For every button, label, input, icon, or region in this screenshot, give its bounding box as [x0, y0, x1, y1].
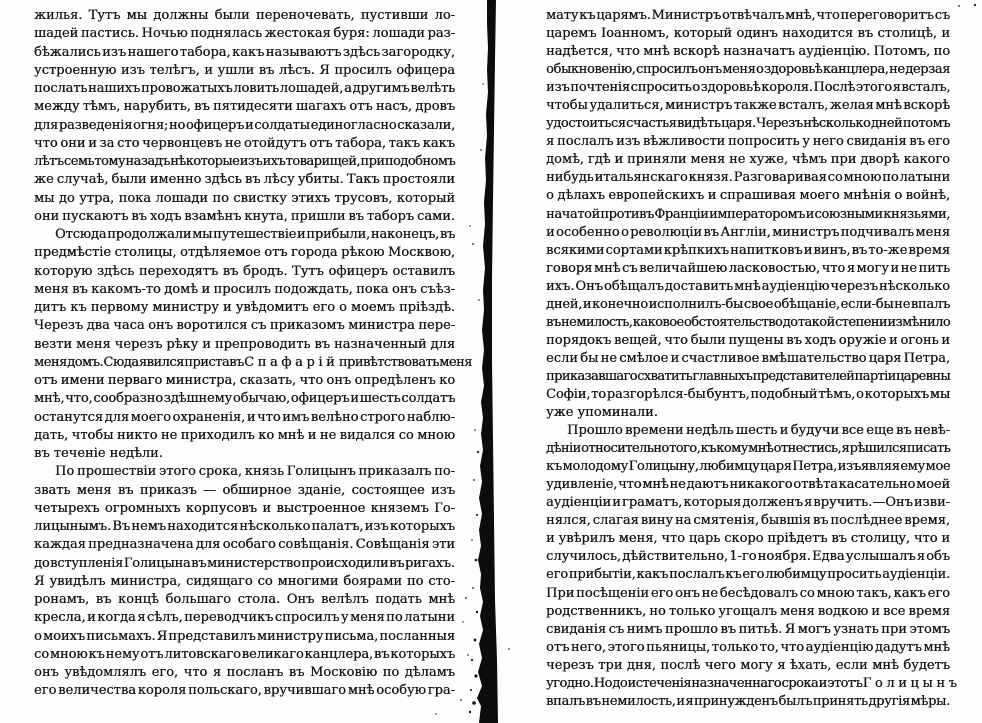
line-text: аудіенціи и граматъ, которыя долженъ я в…: [546, 495, 950, 510]
line-text: ронамъ, въ концѣ большаго стола. Онъ вел…: [34, 592, 455, 607]
line-text: его величества короля польскаго, вручивш…: [34, 683, 455, 698]
line-text: привѣтствовать меня: [338, 355, 472, 370]
line-text: угодно. Но до истеченія назначеннаго сро…: [546, 676, 863, 691]
text-line: мы до утра, пока лошади по свистку этихъ…: [34, 190, 455, 208]
line-text: нялся, слагая вину на смятенія, бывшія в…: [546, 513, 950, 528]
line-text: нибудь итальянскаго князя. Разговаривая …: [546, 170, 950, 185]
line-text: мы до утра, пока лошади по свистку этихъ…: [34, 191, 455, 206]
text-line: къ молодому Голицыну, любимцу царя Петра…: [546, 458, 950, 476]
gutter-band: [477, 0, 498, 723]
page-right: мату къ царямъ. Министръ отвѣчалъ мнѣ, ч…: [546, 7, 950, 711]
text-line: бѣжались изъ нашего табора, какъ называю…: [34, 44, 455, 62]
line-text: они пускаютъ въ ходъ взамѣнъ кнута, приш…: [34, 209, 455, 224]
paragraph: жилья. Тутъ мы должны были переночевать,…: [34, 7, 455, 226]
text-line: лѣтъ семь тому назадъ нѣкоторые изъ ихъ …: [34, 153, 455, 171]
text-line: меня въ какомъ-то домѣ и просилъ подожда…: [34, 281, 455, 299]
line-text: Софіи, то разгорѣлся-бы бунтъ, подобный …: [546, 387, 950, 402]
text-line: они пускаютъ въ ходъ взамѣнъ кнута, приш…: [34, 208, 455, 226]
line-text: Я увидѣлъ министра, сидящаго со многими …: [34, 574, 455, 589]
line-text: свиданія съ нимъ прошло въ питьѣ. Я могъ…: [546, 622, 950, 637]
paragraph: мату къ царямъ. Министръ отвѣчалъ мнѣ, ч…: [546, 7, 950, 422]
line-text: царемъ Іоанномъ, который одинъ находится…: [546, 26, 950, 41]
text-line: родственникъ, но только угощалъ меня вод…: [546, 603, 950, 621]
line-text: порядокъ вещей, что были пущены въ ходъ …: [546, 333, 950, 348]
text-line: мнѣ, что, сообразно здѣшнему обычаю, офи…: [34, 390, 455, 408]
text-line: надѣется, что мнѣ вскорѣ назначатъ аудіе…: [546, 43, 950, 61]
text-line: аудіенціи и граматъ, которыя долженъ я в…: [546, 494, 950, 512]
line-text: Черезъ два часа онъ воротился съ приказо…: [34, 318, 455, 333]
line-text: домѣ, гдѣ и приняли меня не хуже, чѣмъ п…: [546, 152, 950, 167]
text-line: что они и за сто червонцевъ не отойдутъ …: [34, 135, 455, 153]
line-text: же случаѣ, были именно здѣсь въ лѣсу уби…: [34, 172, 455, 187]
line-text: и увѣрилъ меня, что царь скоро пріѣдетъ …: [546, 531, 950, 546]
line-text: мату къ царямъ. Министръ отвѣчалъ мнѣ, ч…: [546, 8, 950, 23]
line-text: я послалъ изъ вѣжливости попросить у нег…: [546, 134, 950, 149]
text-line: уже упоминали.: [546, 404, 950, 422]
line-text: дней, и конечно исполнилъ-бы свое обѣщан…: [546, 297, 950, 312]
line-text: которую здѣсь переходятъ въ бродъ. Тутъ …: [34, 264, 455, 279]
text-line: кресла, и когда я сѣлъ, переводчикъ спро…: [34, 609, 455, 627]
text-line: приказавшаго схватить главныхъ представи…: [546, 368, 950, 386]
text-line: отъ него, этого пьяницы, только то, что …: [546, 639, 950, 657]
line-text: для разведенія огня; но офицеръ и солдат…: [34, 118, 455, 133]
text-line: черезъ три дня, послѣ чего могу я ѣхать,…: [546, 657, 950, 675]
text-line: дать, чтобы никто не приходилъ ко мнѣ и …: [34, 427, 455, 445]
line-text: приказавшаго схватить главныхъ представи…: [546, 369, 950, 384]
line-text: отъ него, этого пьяницы, только то, что …: [546, 640, 950, 655]
line-text: жилья. Тутъ мы должны были переночевать,…: [34, 8, 455, 23]
line-text: отъ имени перваго министра, сказать, что…: [34, 373, 455, 388]
text-line: Софіи, то разгорѣлся-бы бунтъ, подобный …: [546, 386, 950, 404]
line-text: меня въ какомъ-то домѣ и просилъ подожда…: [34, 282, 455, 297]
text-line: устроенную изъ телѣгъ, и ушли въ лѣсъ. Я…: [34, 62, 455, 80]
text-line: ронамъ, въ концѣ большаго стола. Онъ вел…: [34, 591, 455, 609]
line-text: между тѣмъ, нарубить, въ пятидесяти шага…: [34, 99, 455, 114]
line-text: его прибытіи, какъ послалъ къ его любимц…: [546, 567, 950, 582]
letterspaced-name: Спафарій: [244, 355, 338, 370]
line-text: начатой противъ Франціи императоромъ и с…: [546, 207, 950, 222]
text-line: о дѣлахъ европейскихъ и спрашивая моего …: [546, 187, 950, 205]
text-line: шадей пастись. Ночью поднялась жестокая …: [34, 25, 455, 43]
text-line: чтобы удалиться, министръ также всталъ, …: [546, 97, 950, 115]
paragraph: Отсюда продолжали мы путешествіе и прибы…: [34, 226, 455, 463]
line-text: о моихъ письмахъ. Я представилъ министру…: [34, 629, 455, 644]
text-line: говоря мнѣ съ величайшею ласковостью, чт…: [546, 260, 950, 278]
line-text: всякими сортами крѣпкихъ напитковъ и вин…: [546, 243, 950, 258]
line-text: чтобы удалиться, министръ также всталъ, …: [546, 98, 950, 113]
line-text: обыкновенію, спросилъ онъ меня о здоровь…: [546, 62, 950, 77]
line-text: со мною къ нему отъ литовскаго великаго …: [34, 647, 455, 662]
text-line: о моихъ письмахъ. Я представилъ министру…: [34, 628, 455, 646]
text-line: въ теченіе недѣли.: [34, 445, 455, 463]
text-line: жилья. Тутъ мы должны были переночевать,…: [34, 7, 455, 25]
text-line: если бы не смѣлое и счастливое вмѣшатель…: [546, 350, 950, 368]
line-text: изъ почтенія спросить о здоровьѣ короля.…: [546, 80, 950, 95]
text-line: Я увидѣлъ министра, сидящаго со многими …: [34, 573, 455, 591]
text-line: останутся для моего охраненія, и что имъ…: [34, 409, 455, 427]
text-line: лицынымъ. Въ немъ находится нѣсколько па…: [34, 518, 455, 536]
line-text: везти меня черезъ рѣку и препроводить въ…: [34, 337, 455, 352]
paragraph: По прошествіи этого срока, князь Голицын…: [34, 463, 455, 700]
text-line: отъ имени перваго министра, сказать, что…: [34, 372, 455, 390]
line-text: говоря мнѣ съ величайшею ласковостью, чт…: [546, 261, 950, 276]
paragraph: Прошло времени недѣль шесть и будучи все…: [546, 422, 950, 711]
text-line: случилось, дѣйствительно, 1-го ноября. Е…: [546, 548, 950, 566]
line-text: лѣтъ семь тому назадъ нѣкоторые изъ ихъ …: [34, 154, 455, 169]
text-line: дней, и конечно исполнилъ-бы свое обѣщан…: [546, 296, 950, 314]
line-text: Отсюда продолжали мы путешествіе и прибы…: [55, 227, 455, 242]
text-line: дитъ къ первому министру и увѣдомитъ его…: [34, 299, 455, 317]
text-line: между тѣмъ, нарубить, въ пятидесяти шага…: [34, 98, 455, 116]
text-line: По прошествіи этого срока, князь Голицын…: [34, 463, 455, 481]
line-text: шадей пастись. Ночью поднялась жестокая …: [34, 26, 455, 41]
line-text: въ немилость, каковое обстоятельство до …: [546, 315, 950, 330]
text-line: и особенно о революціи въ Англіи, минист…: [546, 224, 950, 242]
text-line: дѣніи относительно того, къ кому мнѣ отн…: [546, 440, 950, 458]
line-text: При посѣщеніи его онъ не бесѣдовалъ со м…: [546, 586, 950, 601]
line-text: послать нашихъ провожатыхъ ловить лошаде…: [34, 81, 455, 96]
line-text: дѣніи относительно того, къ кому мнѣ отн…: [546, 441, 950, 456]
text-line: всякими сортами крѣпкихъ напитковъ и вин…: [546, 242, 950, 260]
line-text: звать меня въ приказъ — обширное зданіе,…: [34, 483, 455, 498]
line-text: устроенную изъ телѣгъ, и ушли въ лѣсъ. Я…: [34, 63, 455, 78]
line-text: лицынымъ. Въ немъ находится нѣсколько па…: [34, 519, 455, 534]
line-text: въ теченіе недѣли.: [34, 446, 163, 461]
text-line: онъ увѣдомлялъ его, что я посланъ въ Мос…: [34, 664, 455, 682]
text-line: домѣ, гдѣ и приняли меня не хуже, чѣмъ п…: [546, 151, 950, 169]
text-line: послать нашихъ провожатыхъ ловить лошаде…: [34, 80, 455, 98]
line-text: случилось, дѣйствительно, 1-го ноября. Е…: [546, 549, 950, 564]
text-line: его величества короля польскаго, вручивш…: [34, 682, 455, 700]
text-line: При посѣщеніи его онъ не бесѣдовалъ со м…: [546, 585, 950, 603]
text-line: нялся, слагая вину на смятенія, бывшія в…: [546, 512, 950, 530]
text-line: везти меня черезъ рѣку и препроводить въ…: [34, 336, 455, 354]
text-line: же случаѣ, были именно здѣсь въ лѣсу уби…: [34, 171, 455, 189]
line-text: о дѣлахъ европейскихъ и спрашивая моего …: [546, 188, 950, 203]
text-line: ихъ. Онъ обѣщалъ доставить мнѣ аудіенцію…: [546, 278, 950, 296]
text-line: для разведенія огня; но офицеръ и солдат…: [34, 117, 455, 135]
text-line: удивленіе, что мнѣ не даютъ никакого отв…: [546, 476, 950, 494]
text-line: Черезъ два часа онъ воротился съ приказо…: [34, 317, 455, 335]
page-left: жилья. Тутъ мы должны были переночевать,…: [34, 7, 455, 701]
text-line: удостоиться счастья видѣть царя. Черезъ …: [546, 115, 950, 133]
line-text: родственникъ, но только угощалъ меня вод…: [546, 604, 950, 619]
line-text: надѣется, что мнѣ вскорѣ назначатъ аудіе…: [546, 44, 950, 59]
line-text: удостоиться счастья видѣть царя. Черезъ …: [546, 116, 950, 131]
text-line: и увѣрилъ меня, что царь скоро пріѣдетъ …: [546, 530, 950, 548]
text-line: царемъ Іоанномъ, который одинъ находится…: [546, 25, 950, 43]
text-line: порядокъ вещей, что были пущены въ ходъ …: [546, 332, 950, 350]
line-text: мнѣ, что, сообразно здѣшнему обычаю, офи…: [34, 391, 455, 406]
line-text: Прошло времени недѣль шесть и будучи все…: [567, 423, 950, 438]
text-line: звать меня въ приказъ — обширное зданіе,…: [34, 482, 455, 500]
letterspaced-name: Голицынъ: [863, 676, 961, 691]
line-text: впалъ въ немилость, и я принужденъ былъ …: [546, 694, 950, 709]
text-line: которую здѣсь переходятъ въ бродъ. Тутъ …: [34, 263, 455, 281]
text-line: каждая предназначена для особаго совѣщан…: [34, 536, 455, 554]
text-line: въ немилость, каковое обстоятельство до …: [546, 314, 950, 332]
line-text: останутся для моего охраненія, и что имъ…: [34, 410, 455, 425]
line-text: каждая предназначена для особаго совѣщан…: [34, 537, 455, 552]
line-text: бѣжались изъ нашего табора, какъ называю…: [34, 45, 455, 60]
text-line: Прошло времени недѣль шесть и будучи все…: [546, 422, 950, 440]
text-line: предмѣстіе столицы, отдѣляемое отъ город…: [34, 244, 455, 262]
line-text: и особенно о революціи въ Англіи, минист…: [546, 225, 950, 240]
line-text: до вступленія Голицына въ министерство п…: [34, 556, 455, 571]
line-text: четырехъ огромныхъ корпусовъ и выстроенн…: [34, 501, 455, 516]
line-text: ихъ. Онъ обѣщалъ доставить мнѣ аудіенцію…: [546, 279, 950, 294]
line-text: что они и за сто червонцевъ не отойдутъ …: [34, 136, 455, 151]
line-text: кресла, и когда я сѣлъ, переводчикъ спро…: [34, 610, 455, 625]
line-text: если бы не смѣлое и счастливое вмѣшатель…: [546, 351, 950, 366]
line-text: дать, чтобы никто не приходилъ ко мнѣ и …: [34, 428, 455, 443]
text-line: со мною къ нему отъ литовскаго великаго …: [34, 646, 455, 664]
text-line: мату къ царямъ. Министръ отвѣчалъ мнѣ, ч…: [546, 7, 950, 25]
text-line: нибудь итальянскаго князя. Разговаривая …: [546, 169, 950, 187]
text-line: обыкновенію, спросилъ онъ меня о здоровь…: [546, 61, 950, 79]
text-line: начатой противъ Франціи императоромъ и с…: [546, 206, 950, 224]
text-line: четырехъ огромныхъ корпусовъ и выстроенн…: [34, 500, 455, 518]
line-text: По прошествіи этого срока, князь Голицын…: [55, 464, 455, 479]
book-scan: жилья. Тутъ мы должны были переночевать,…: [0, 0, 982, 723]
line-text: уже упоминали.: [546, 405, 658, 420]
line-text: черезъ три дня, послѣ чего могу я ѣхать,…: [546, 658, 950, 673]
text-line: я послалъ изъ вѣжливости попросить у нег…: [546, 133, 950, 151]
text-line: впалъ въ немилость, и я принужденъ былъ …: [546, 693, 950, 711]
text-line: Отсюда продолжали мы путешествіе и прибы…: [34, 226, 455, 244]
text-line: его прибытіи, какъ послалъ къ его любимц…: [546, 566, 950, 584]
text-line: изъ почтенія спросить о здоровьѣ короля.…: [546, 79, 950, 97]
line-text: предмѣстіе столицы, отдѣляемое отъ город…: [34, 245, 455, 260]
text-line: до вступленія Голицына въ министерство п…: [34, 555, 455, 573]
line-text: дитъ къ первому министру и увѣдомитъ его…: [34, 300, 455, 315]
text-line: угодно. Но до истеченія назначеннаго сро…: [546, 675, 950, 693]
line-text: удивленіе, что мнѣ не даютъ никакого отв…: [546, 477, 950, 492]
line-text: меня домъ. Сюда явился приставъ: [34, 355, 244, 370]
line-text: къ молодому Голицыну, любимцу царя Петра…: [546, 459, 950, 474]
text-line: свиданія съ нимъ прошло въ питьѣ. Я могъ…: [546, 621, 950, 639]
line-text: онъ увѣдомлялъ его, что я посланъ въ Мос…: [34, 665, 455, 680]
text-line: меня домъ. Сюда явился приставъ Спафарій…: [34, 354, 455, 372]
